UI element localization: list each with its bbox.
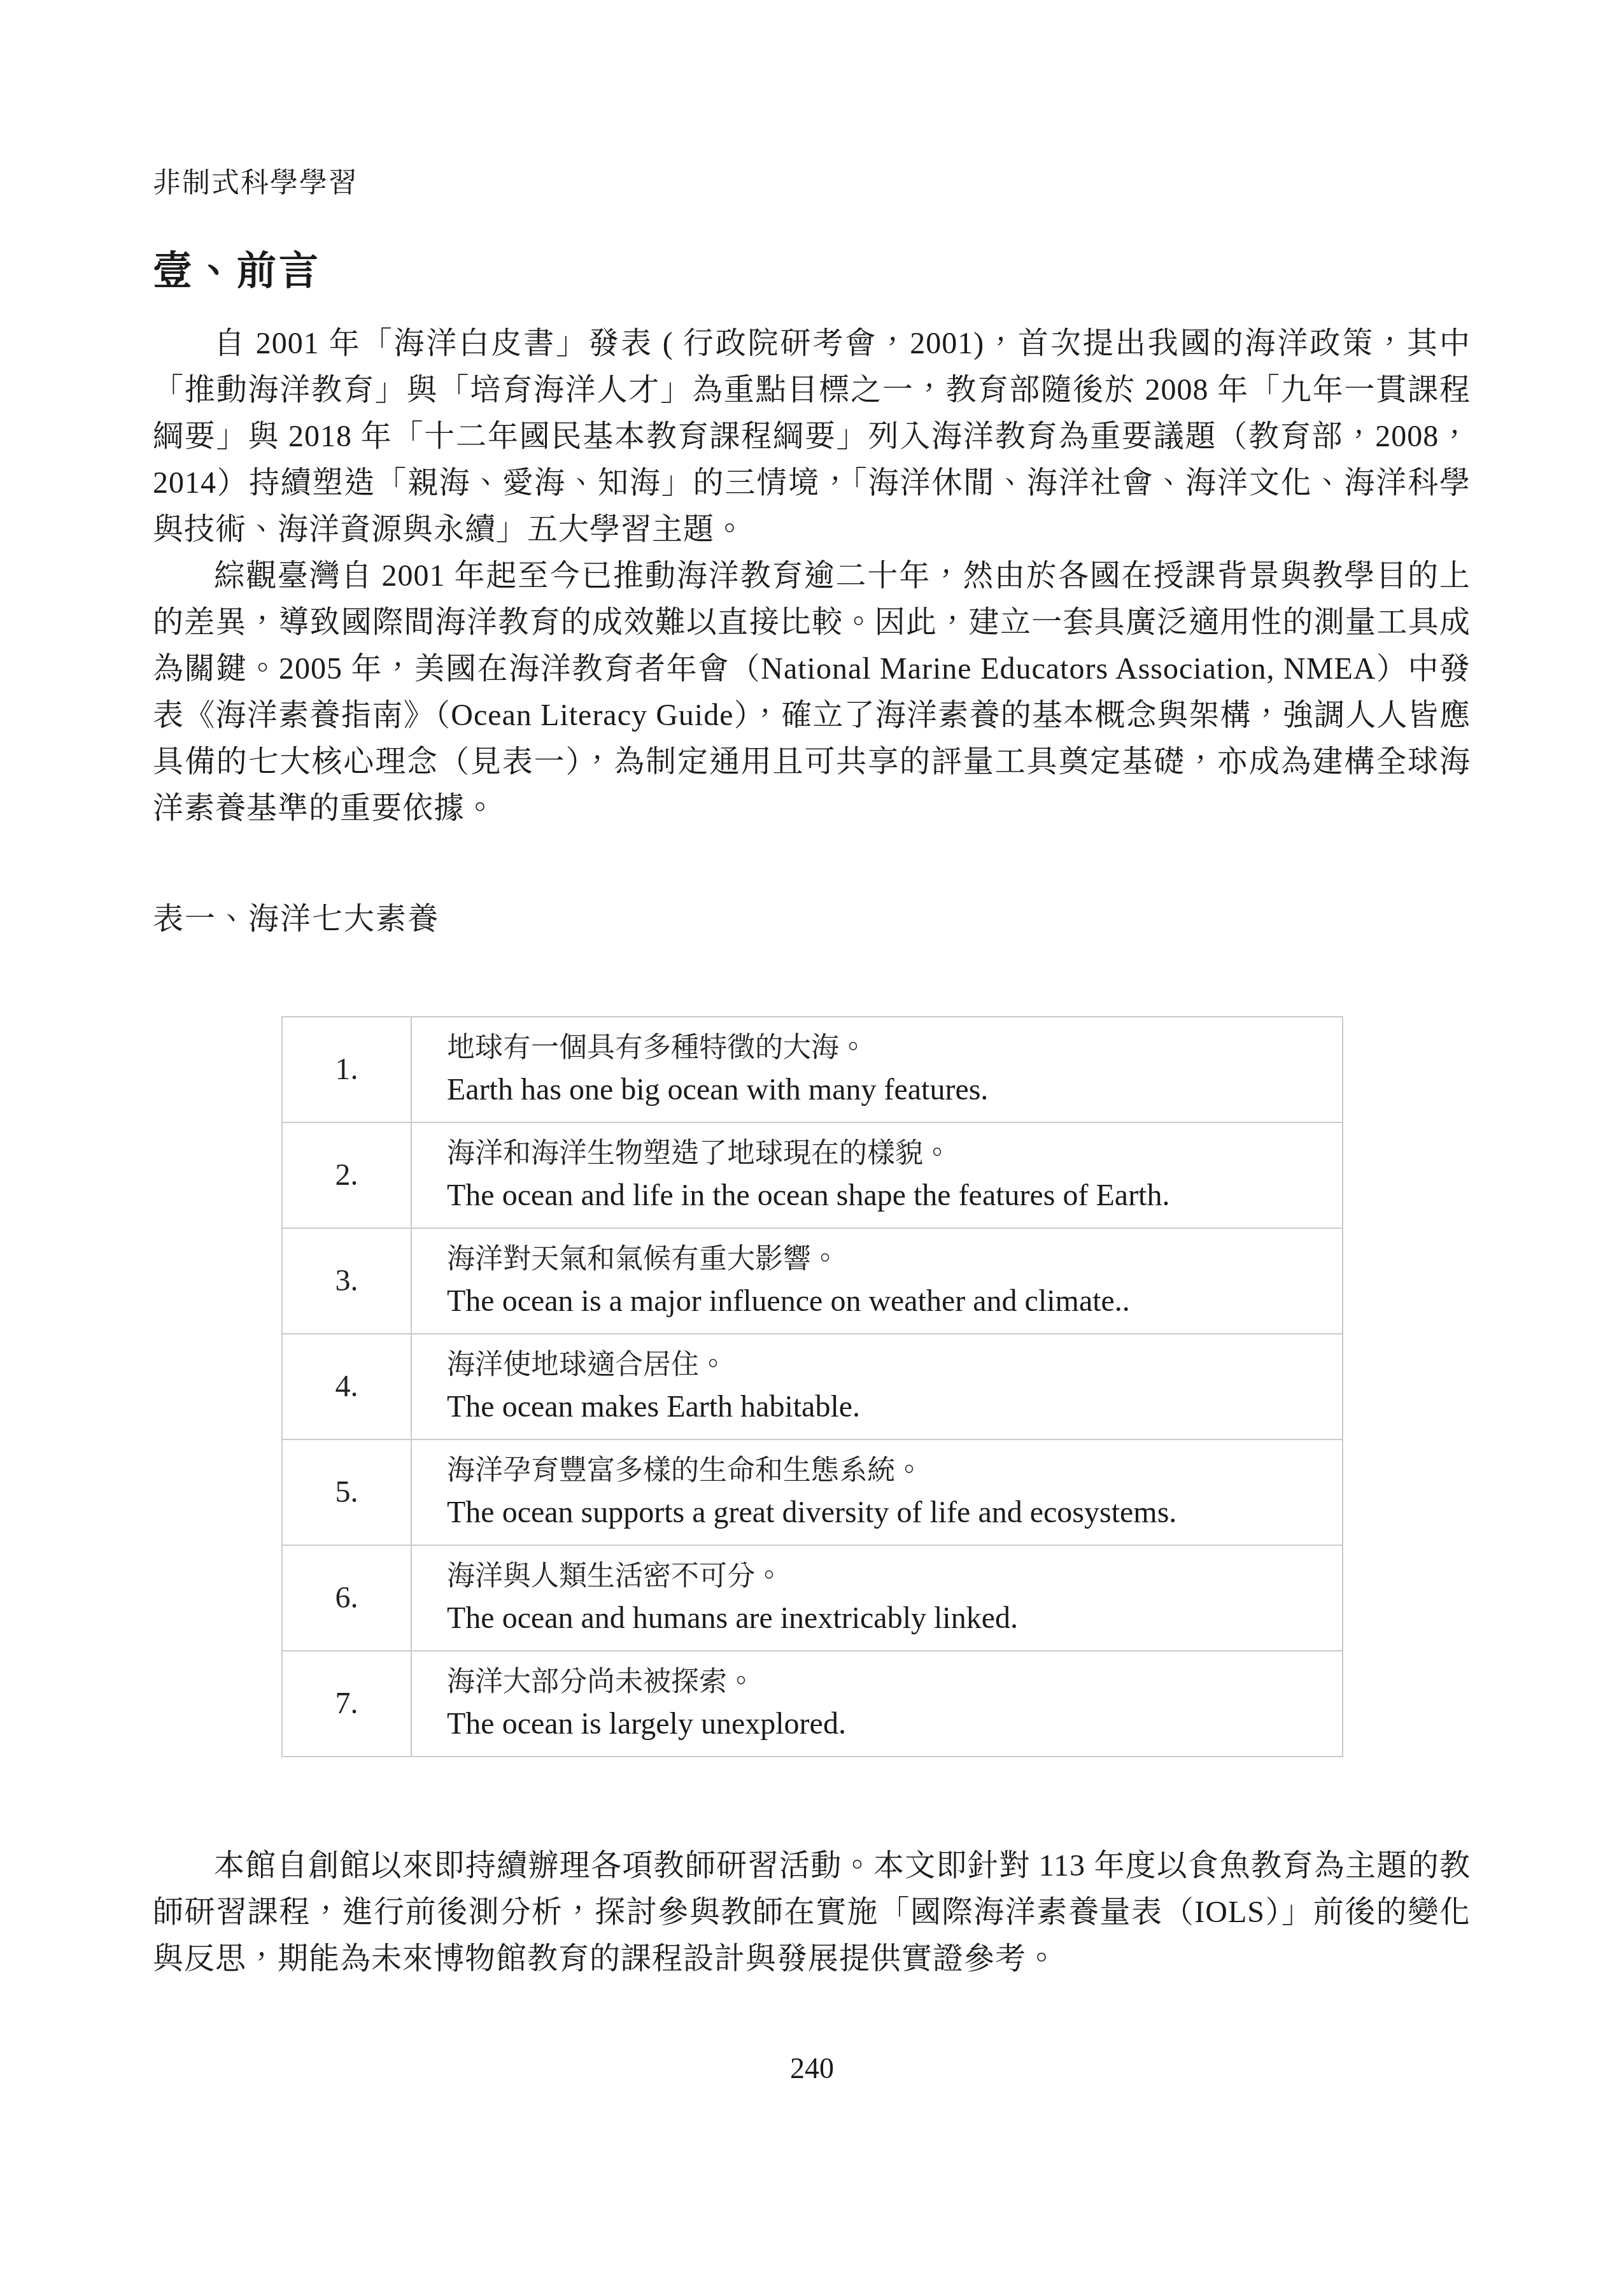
table-row: 5. 海洋孕育豐富多樣的生命和生態系統。 The ocean supports … [282, 1440, 1343, 1545]
table-row: 3. 海洋對天氣和氣候有重大影響。 The ocean is a major i… [282, 1228, 1343, 1334]
row-number: 2. [282, 1122, 411, 1228]
row-english-text: The ocean is a major influence on weathe… [447, 1284, 1329, 1319]
row-number: 1. [282, 1017, 411, 1122]
row-chinese-text: 海洋與人類生活密不可分。 [447, 1560, 1329, 1593]
table-caption: 表一、海洋七大素養 [153, 900, 1471, 938]
row-chinese-text: 地球有一個具有多種特徵的大海。 [447, 1032, 1329, 1065]
row-text-group: 海洋對天氣和氣候有重大影響。 The ocean is a major infl… [447, 1243, 1329, 1319]
row-number: 7. [282, 1651, 411, 1757]
row-text-cell: 海洋使地球適合居住。 The ocean makes Earth habitab… [411, 1334, 1343, 1440]
row-text-cell: 海洋和海洋生物塑造了地球現在的樣貌。 The ocean and life in… [411, 1122, 1343, 1228]
row-chinese-text: 海洋使地球適合居住。 [447, 1349, 1329, 1382]
table-row: 7. 海洋大部分尚未被探索。 The ocean is largely unex… [282, 1651, 1343, 1757]
table-row: 6. 海洋與人類生活密不可分。 The ocean and humans are… [282, 1545, 1343, 1651]
ocean-literacy-table: 1. 地球有一個具有多種特徵的大海。 Earth has one big oce… [281, 1016, 1343, 1757]
row-chinese-text: 海洋對天氣和氣候有重大影響。 [447, 1243, 1329, 1276]
row-number: 3. [282, 1228, 411, 1334]
row-number: 4. [282, 1334, 411, 1440]
row-english-text: The ocean and life in the ocean shape th… [447, 1178, 1329, 1213]
row-chinese-text: 海洋孕育豐富多樣的生命和生態系統。 [447, 1455, 1329, 1487]
row-english-text: The ocean is largely unexplored. [447, 1706, 1329, 1741]
row-text-cell: 海洋對天氣和氣候有重大影響。 The ocean is a major infl… [411, 1228, 1343, 1334]
table-row: 2. 海洋和海洋生物塑造了地球現在的樣貌。 The ocean and life… [282, 1122, 1343, 1228]
row-text-group: 海洋和海洋生物塑造了地球現在的樣貌。 The ocean and life in… [447, 1138, 1329, 1213]
row-number: 5. [282, 1440, 411, 1545]
table-row: 1. 地球有一個具有多種特徵的大海。 Earth has one big oce… [282, 1017, 1343, 1122]
row-text-cell: 地球有一個具有多種特徵的大海。 Earth has one big ocean … [411, 1017, 1343, 1122]
running-header: 非制式科學學習 [153, 167, 1471, 201]
row-text-cell: 海洋與人類生活密不可分。 The ocean and humans are in… [411, 1545, 1343, 1651]
row-english-text: The ocean supports a great diversity of … [447, 1495, 1329, 1530]
row-text-group: 海洋與人類生活密不可分。 The ocean and humans are in… [447, 1560, 1329, 1636]
row-text-group: 海洋使地球適合居住。 The ocean makes Earth habitab… [447, 1349, 1329, 1424]
row-english-text: Earth has one big ocean with many featur… [447, 1072, 1329, 1107]
closing-paragraph: 本館自創館以來即持續辦理各項教師研習活動。本文即針對 113 年度以食魚教育為主… [153, 1843, 1471, 1982]
row-text-cell: 海洋大部分尚未被探索。 The ocean is largely unexplo… [411, 1651, 1343, 1757]
row-chinese-text: 海洋大部分尚未被探索。 [447, 1666, 1329, 1699]
paragraph-1: 自 2001 年「海洋白皮書」發表 ( 行政院研考會，2001)，首次提出我國的… [153, 320, 1471, 553]
row-text-group: 地球有一個具有多種特徵的大海。 Earth has one big ocean … [447, 1032, 1329, 1107]
row-english-text: The ocean makes Earth habitable. [447, 1389, 1329, 1424]
row-english-text: The ocean and humans are inextricably li… [447, 1601, 1329, 1636]
row-number: 6. [282, 1545, 411, 1651]
page-content: 非制式科學學習 壹、前言 自 2001 年「海洋白皮書」發表 ( 行政院研考會，… [153, 0, 1471, 1982]
row-text-group: 海洋孕育豐富多樣的生命和生態系統。 The ocean supports a g… [447, 1455, 1329, 1530]
section-heading: 壹、前言 [153, 250, 1471, 294]
paragraph-2: 綜觀臺灣自 2001 年起至今已推動海洋教育逾二十年，然由於各國在授課背景與教學… [153, 553, 1471, 831]
row-text-cell: 海洋孕育豐富多樣的生命和生態系統。 The ocean supports a g… [411, 1440, 1343, 1545]
table-row: 4. 海洋使地球適合居住。 The ocean makes Earth habi… [282, 1334, 1343, 1440]
row-chinese-text: 海洋和海洋生物塑造了地球現在的樣貌。 [447, 1138, 1329, 1170]
row-text-group: 海洋大部分尚未被探索。 The ocean is largely unexplo… [447, 1666, 1329, 1741]
page-number: 240 [0, 2051, 1624, 2085]
document-page: 非制式科學學習 壹、前言 自 2001 年「海洋白皮書」發表 ( 行政院研考會，… [0, 0, 1624, 2278]
